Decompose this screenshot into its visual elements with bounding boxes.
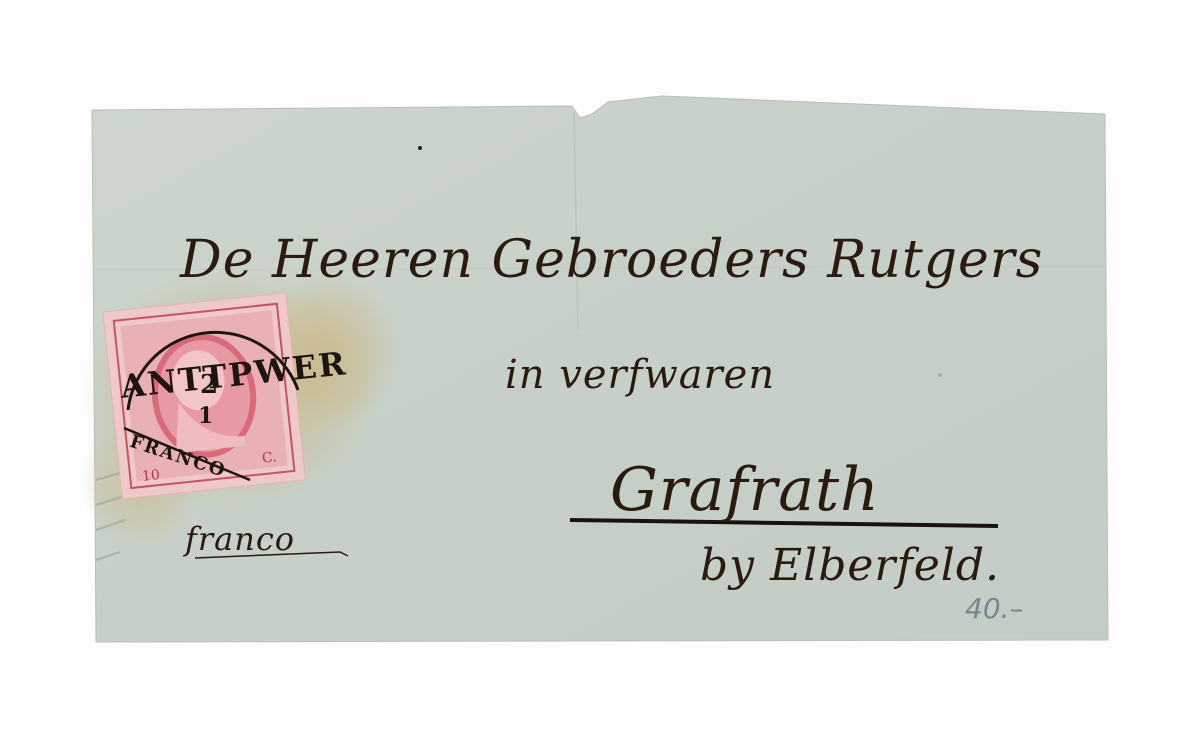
pencil-price: 40.– [965,592,1024,625]
stamp-value: 10 [141,467,160,485]
postmark-day: 2 [200,370,220,400]
postmark-month: 1 [198,403,215,429]
address-line-1: De Heeren Gebroeders Rutgers [180,230,1043,290]
address-line-2: in verfwaren [505,352,775,398]
address-line-3: Grafrath [610,455,880,525]
franco-annotation: franco [185,520,295,558]
postal-cover-photo: 10 C. ANTTPWER 2 1 FRANCO De Heeren Gebr… [0,0,1200,739]
stamp-unit: C. [261,449,277,466]
address-line-4: by Elberfeld. [700,540,1000,591]
